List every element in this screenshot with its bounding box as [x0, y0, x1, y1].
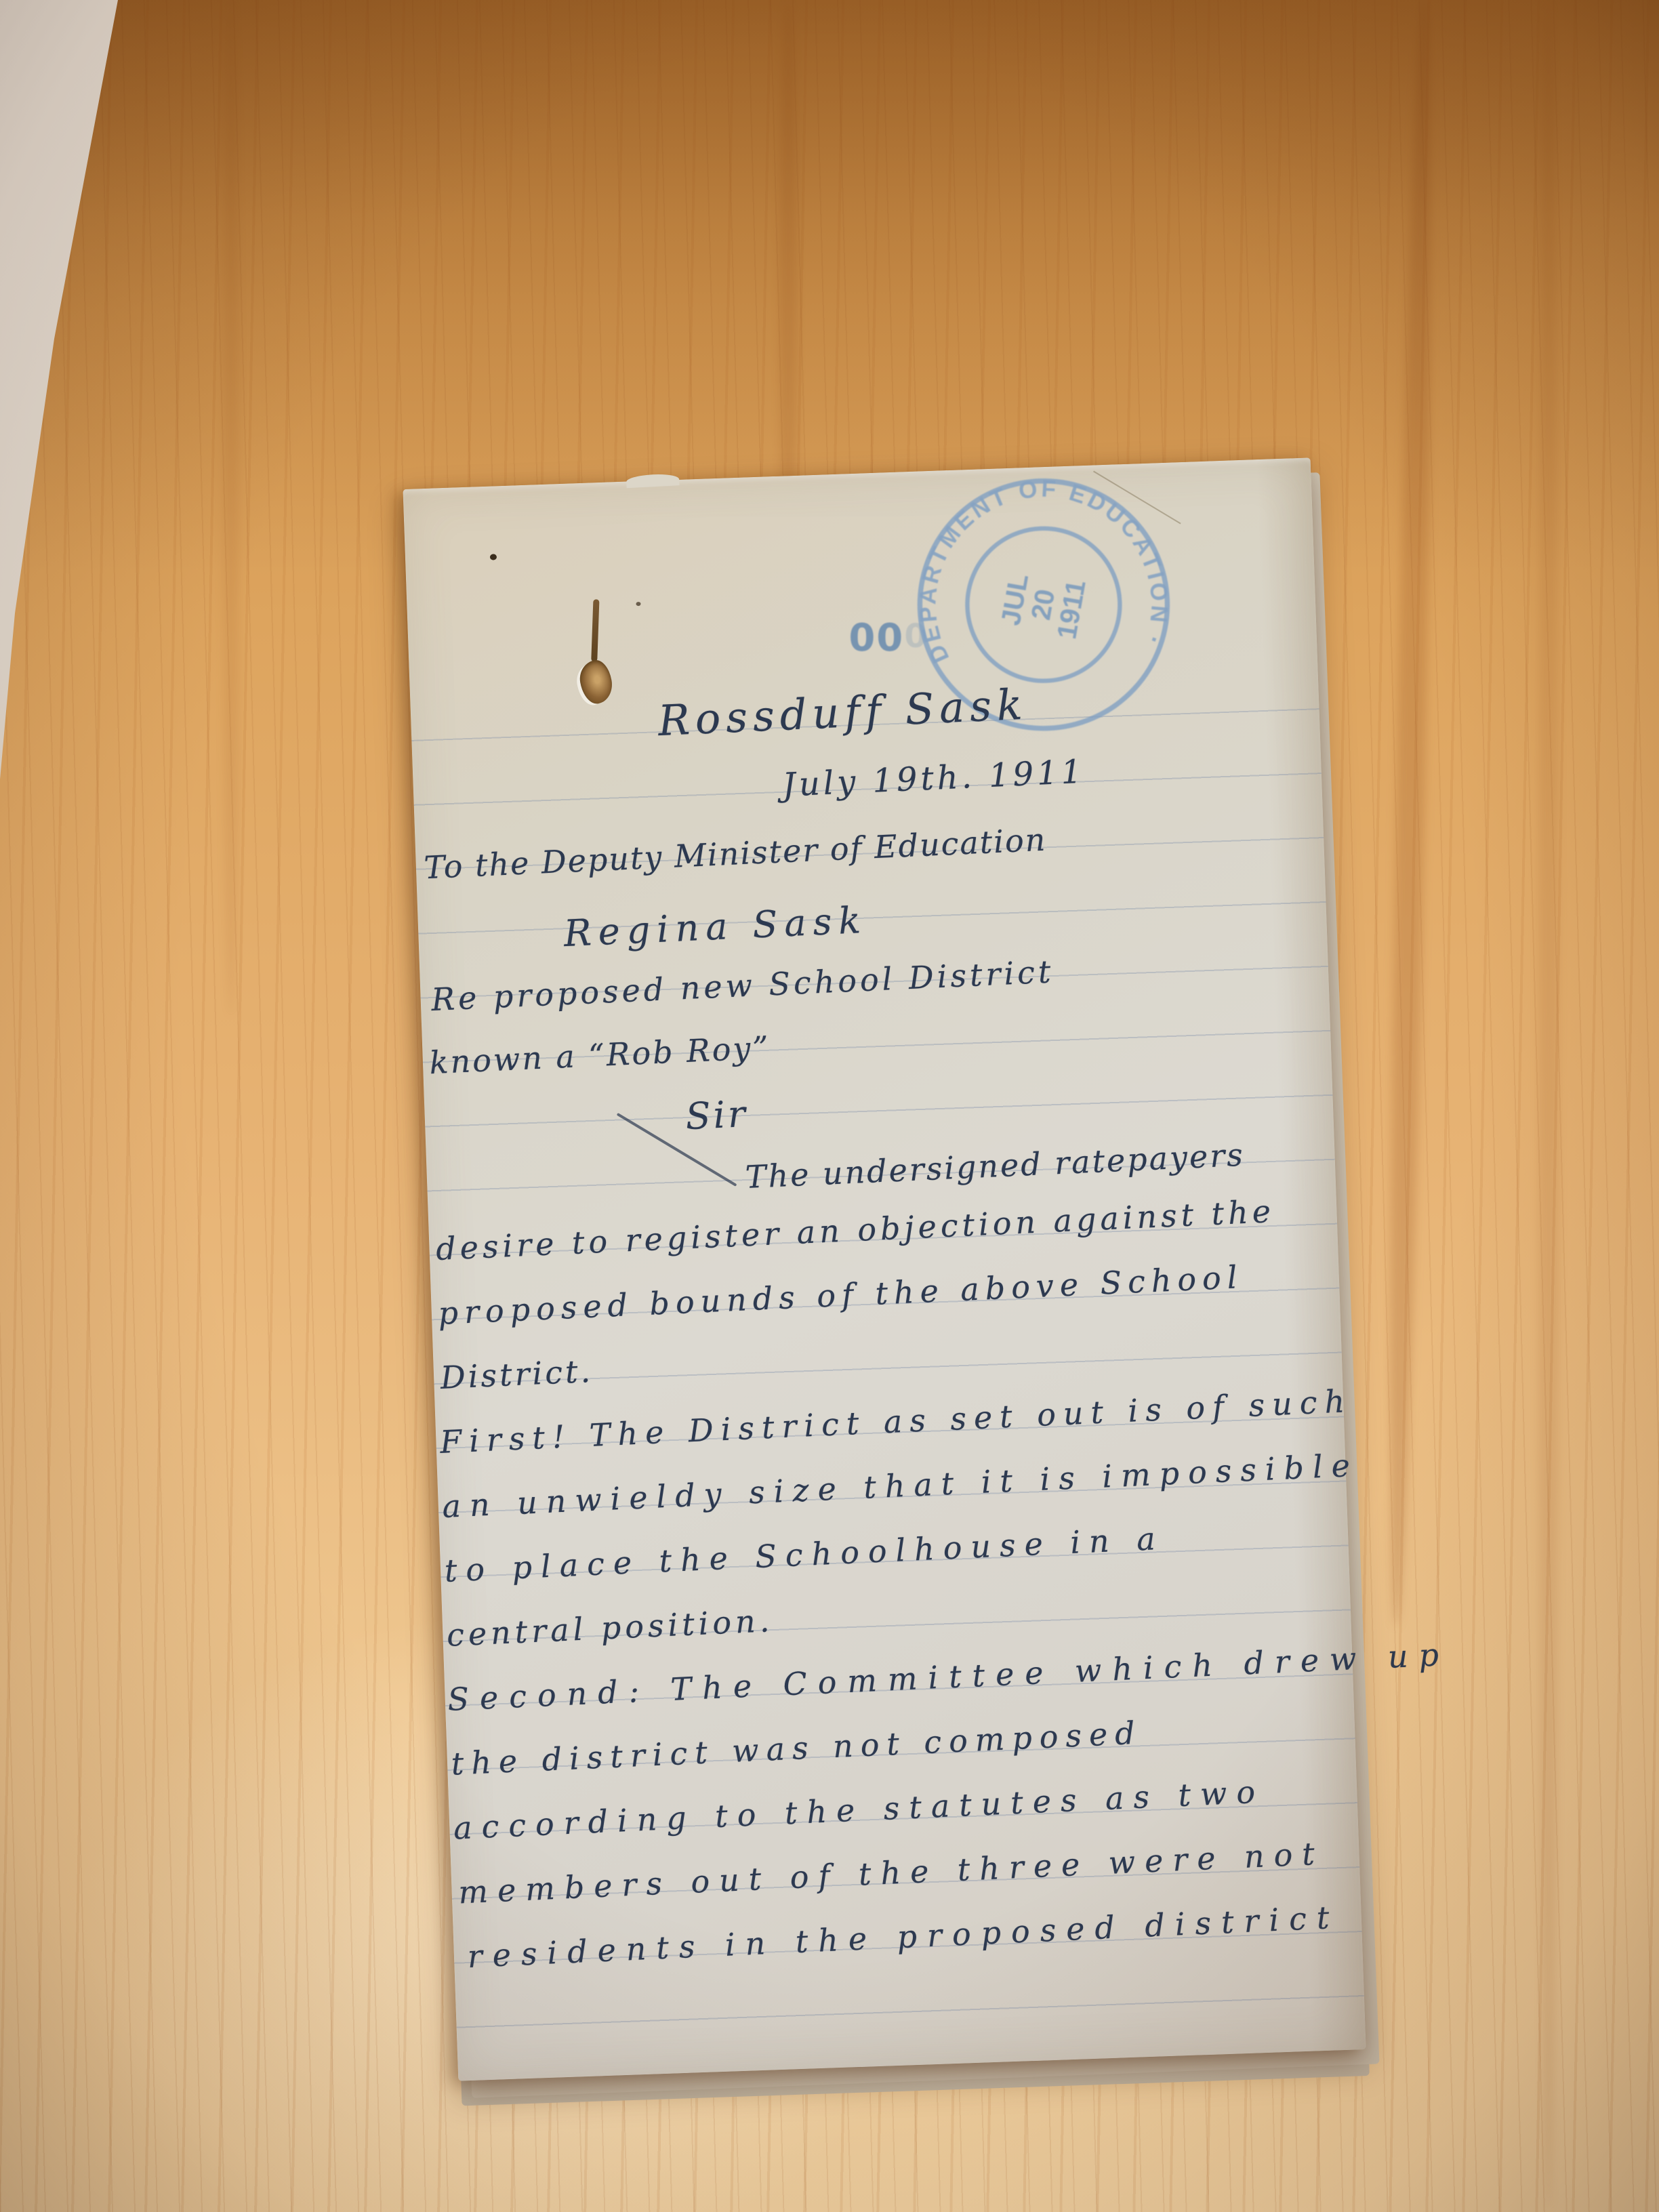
handwritten-line-place: Rossduff Sask — [657, 679, 1029, 745]
handwritten-letter-text: Rossduff Sask July 19th. 1911 To the Dep… — [403, 457, 1366, 2081]
handwritten-line-subject: Re proposed new School District — [430, 953, 1054, 1018]
handwritten-line-recipient: To the Deputy Minister of Education — [423, 821, 1047, 886]
handwritten-line-body: proposed bounds of the above School — [437, 1258, 1244, 1332]
handwritten-line-body: the district was not composed — [451, 1714, 1143, 1782]
handwritten-line-body: members out of the three were not — [457, 1835, 1325, 1911]
handwritten-line-body: to place the Schoolhouse in a — [444, 1520, 1165, 1589]
handwritten-line-date: July 19th. 1911 — [781, 753, 1086, 804]
handwritten-line-city: Regina Sask — [563, 899, 869, 955]
handwritten-line-body: according to the statutes as two — [453, 1773, 1265, 1846]
handwritten-line-body: an unwieldy size that it is impossible — [441, 1447, 1359, 1525]
handwritten-line-subject2: known a “Rob Roy” — [428, 1029, 771, 1081]
handwritten-line-body: residents in the proposed district — [467, 1899, 1340, 1975]
handwritten-line-body: desire to register an objection against … — [435, 1193, 1275, 1267]
handwritten-line-body: The undersigned ratepayers — [745, 1136, 1246, 1195]
handwritten-line-body: central position. — [446, 1602, 774, 1654]
handwritten-line-body: District. — [440, 1353, 594, 1396]
handwritten-line-salutation: Sir — [684, 1092, 749, 1138]
letter-page: 000 DEPARTMENT OF EDUCATION · SASK. JUL … — [403, 457, 1366, 2081]
handwritten-line-body: First! The District as set out is of suc… — [439, 1382, 1353, 1460]
handwritten-line-body: Second: The Committee which drew up — [447, 1636, 1450, 1718]
